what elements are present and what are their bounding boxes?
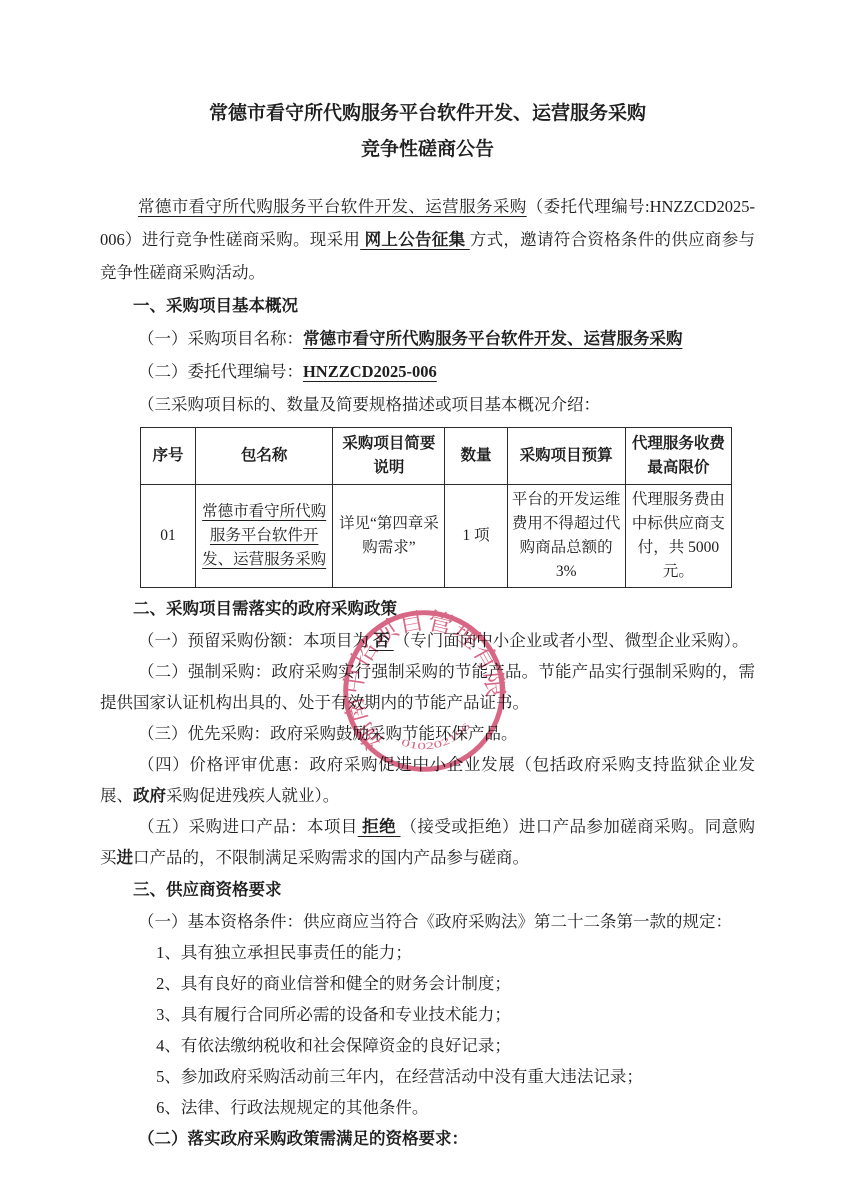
- paragraph: 5、参加政府采购活动前三年内，在经营活动中没有重大违法记录；: [100, 1061, 755, 1092]
- paragraph: （二）落实政府采购政策需满足的资格要求：: [100, 1123, 755, 1154]
- text-segment: （二）委托代理编号：: [138, 362, 303, 381]
- paragraph: （一）基本资格条件：供应商应当符合《政府采购法》第二十二条第一款的规定：: [100, 906, 755, 937]
- text-segment: 平台的开发运维费用不得超过代购商品总额的 3%: [512, 491, 621, 580]
- text-segment: （一）基本资格条件：供应商应当符合《政府采购法》第二十二条第一款的规定：: [138, 912, 732, 931]
- section-heading: 二、采购项目需落实的政府采购政策: [100, 592, 755, 625]
- page-subtitle: 竞争性磋商公告: [100, 132, 755, 168]
- text-segment: （一）预留采购份额：本项目为: [138, 631, 369, 650]
- paragraph: 4、有依法缴纳税收和社会保障资金的良好记录；: [100, 1030, 755, 1061]
- text-segment: （专门面向中小企业或者小型、微型企业采购）。: [394, 631, 749, 650]
- table-header-cell: 数量: [445, 428, 507, 485]
- table-cell: 1 项: [445, 485, 507, 588]
- paragraph: 常德市看守所代购服务平台软件开发、运营服务采购（委托代理编号:HNZZCD202…: [100, 190, 755, 289]
- paragraph: （二）委托代理编号：HNZZCD2025-006: [100, 355, 755, 388]
- text-segment: 口产品的，不限制满足采购需求的国内产品参与磋商。: [133, 848, 529, 867]
- text-segment: 常德市看守所代购服务平台软件开发、运营服务采购: [303, 329, 683, 348]
- document-body-top: 常德市看守所代购服务平台软件开发、运营服务采购（委托代理编号:HNZZCD202…: [100, 190, 755, 421]
- table-cell: 常德市看守所代购服务平台软件开发、运营服务采购: [196, 485, 333, 588]
- table-header-cell: 采购项目简要说明: [333, 428, 445, 485]
- text-segment: 6、法律、行政法规规定的其他条件。: [156, 1098, 428, 1117]
- text-segment: 二、采购项目需落实的政府采购政策: [133, 599, 397, 618]
- text-segment: 常德市看守所代购服务平台软件开发、运营服务采购: [202, 503, 326, 568]
- text-segment: 拒绝: [358, 817, 401, 836]
- table-cell: 01: [141, 485, 196, 588]
- text-segment: 3、具有履行合同所必需的设备和专业技术能力；: [156, 1005, 511, 1024]
- text-segment: 4、有依法缴纳税收和社会保障资金的良好记录；: [156, 1036, 511, 1055]
- table-header-cell: 代理服务收费最高限价: [625, 428, 731, 485]
- text-segment: 代理服务费由中标供应商支付，共 5000 元。: [632, 491, 725, 580]
- table-header-cell: 采购项目预算: [507, 428, 625, 485]
- table-row: 01常德市看守所代购服务平台软件开发、运营服务采购详见“第四章采购需求”1 项平…: [141, 485, 732, 588]
- text-segment: （三）优先采购：政府采购鼓励采购节能环保产品。: [138, 724, 518, 743]
- table-header-cell: 序号: [141, 428, 196, 485]
- table-header-row: 序号包名称采购项目简要说明数量采购项目预算代理服务收费最高限价: [141, 428, 732, 485]
- text-segment: （二）强制采购：政府采购实行强制采购的节能产品。节能产品实行强制采购的，需提供国…: [100, 662, 755, 712]
- paragraph: （一）预留采购份额：本项目为 否 （专门面向中小企业或者小型、微型企业采购）。: [100, 625, 755, 656]
- text-segment: 5、参加政府采购活动前三年内，在经营活动中没有重大违法记录；: [156, 1067, 643, 1086]
- paragraph: （四）价格评审优惠：政府采购促进中小企业发展（包括政府采购支持监狱企业发展、政府…: [100, 749, 755, 811]
- text-segment: 常德市看守所代购服务平台软件开发、运营服务采购: [138, 197, 527, 216]
- text-segment: 采购促进残疾人就业）。: [166, 786, 339, 805]
- text-segment: 1 项: [462, 527, 489, 544]
- section-heading: 一、采购项目基本概况: [100, 289, 755, 322]
- page-title: 常德市看守所代购服务平台软件开发、运营服务采购: [100, 96, 755, 132]
- table-cell: 平台的开发运维费用不得超过代购商品总额的 3%: [507, 485, 625, 588]
- table-header-cell: 包名称: [196, 428, 333, 485]
- paragraph: （五）采购进口产品：本项目 拒绝 （接受或拒绝）进口产品参加磋商采购。同意购买进…: [100, 811, 755, 873]
- document-body-bottom: 二、采购项目需落实的政府采购政策（一）预留采购份额：本项目为 否 （专门面向中小…: [100, 592, 755, 1154]
- text-segment: 详见“第四章采购需求”: [339, 515, 439, 556]
- paragraph: （一）采购项目名称：常德市看守所代购服务平台软件开发、运营服务采购: [100, 322, 755, 355]
- paragraph: 3、具有履行合同所必需的设备和专业技术能力；: [100, 999, 755, 1030]
- table-body: 01常德市看守所代购服务平台软件开发、运营服务采购详见“第四章采购需求”1 项平…: [141, 485, 732, 588]
- paragraph: 6、法律、行政法规规定的其他条件。: [100, 1092, 755, 1123]
- paragraph: 2、具有良好的商业信誉和健全的财务会计制度；: [100, 968, 755, 999]
- paragraph: （三采购项目标的、数量及简要规格描述或项目基本概况介绍：: [100, 388, 755, 421]
- text-segment: HNZZCD2025-006: [303, 362, 437, 381]
- table-cell: 详见“第四章采购需求”: [333, 485, 445, 588]
- text-segment: 1、具有独立承担民事责任的能力；: [156, 943, 412, 962]
- text-segment: 一、采购项目基本概况: [133, 296, 298, 315]
- text-segment: 进: [117, 848, 134, 867]
- section-heading: 三、供应商资格要求: [100, 873, 755, 906]
- text-segment: 2、具有良好的商业信誉和健全的财务会计制度；: [156, 974, 511, 993]
- text-segment: 01: [160, 527, 176, 544]
- paragraph: 1、具有独立承担民事责任的能力；: [100, 937, 755, 968]
- text-segment: （五）采购进口产品：本项目: [138, 817, 358, 836]
- text-segment: 三、供应商资格要求: [133, 880, 282, 899]
- paragraph: （二）强制采购：政府采购实行强制采购的节能产品。节能产品实行强制采购的，需提供国…: [100, 656, 755, 718]
- text-segment: 网上公告征集: [360, 230, 470, 249]
- table-cell: 代理服务费由中标供应商支付，共 5000 元。: [625, 485, 731, 588]
- text-segment: （三采购项目标的、数量及简要规格描述或项目基本概况介绍：: [138, 395, 600, 414]
- text-segment: 否: [369, 631, 394, 650]
- text-segment: 政府: [133, 786, 166, 805]
- text-segment: （二）落实政府采购政策需满足的资格要求：: [138, 1129, 468, 1148]
- announcement-page: 常德市看守所代购服务平台软件开发、运营服务采购 竞争性磋商公告 常德市看守所代购…: [0, 0, 851, 1200]
- paragraph: （三）优先采购：政府采购鼓励采购节能环保产品。: [100, 718, 755, 749]
- text-segment: （一）采购项目名称：: [138, 329, 303, 348]
- procurement-table: 序号包名称采购项目简要说明数量采购项目预算代理服务收费最高限价 01常德市看守所…: [140, 427, 732, 588]
